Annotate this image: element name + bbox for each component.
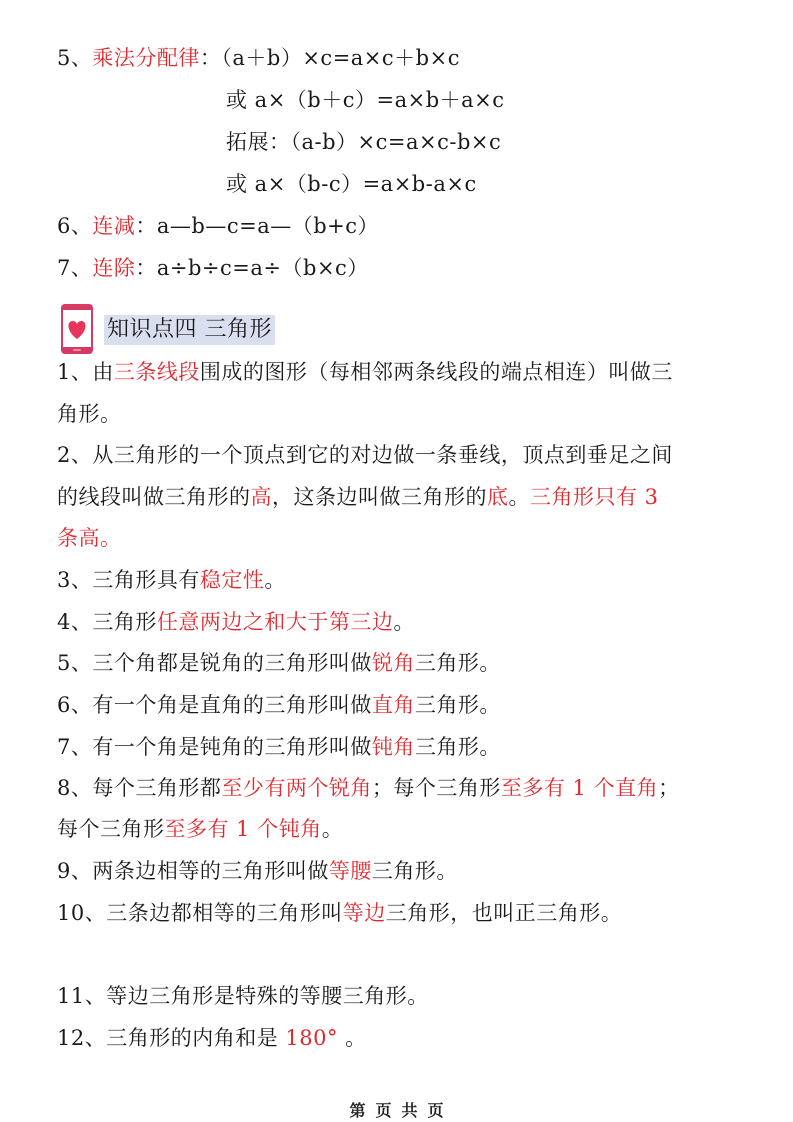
law-item-6: 6、连减：a—b—c=a—（b+c）: [57, 212, 379, 240]
highlight: 高: [251, 485, 273, 509]
law-term: 连减: [92, 214, 135, 238]
law-term: 连除: [92, 256, 135, 280]
point-8-cont: 每个三角形至多有 1 个钝角。: [57, 815, 343, 843]
footer-word: 共: [402, 1101, 418, 1120]
section-title: 知识点四 三角形: [104, 315, 275, 345]
section-heading: 知识点四 三角形: [60, 302, 275, 356]
text: 。: [338, 1026, 367, 1050]
formula: （a＋b）×c=a×c＋b×c: [221, 46, 460, 70]
point-8: 8、每个三角形都至少有两个锐角；每个三角形至多有 1 个直角；: [57, 774, 680, 802]
point-1-cont: 角形。: [57, 400, 122, 428]
point-7: 7、有一个角是钝角的三角形叫做钝角三角形。: [57, 733, 501, 761]
formula: （a-b）×c=a×c-b×c: [291, 130, 502, 154]
text: 10、三条边都相等的三角形叫: [57, 901, 343, 925]
text: 6、有一个角是直角的三角形叫做: [57, 693, 372, 717]
phone-heart-icon: [60, 303, 94, 355]
highlight: 三角形只有 3: [530, 485, 659, 509]
law-term: 乘法分配律: [92, 46, 200, 70]
text: 。: [509, 485, 531, 509]
text: 4、三角形: [57, 610, 157, 634]
colon: ：: [200, 46, 222, 70]
highlight: 至少有两个锐角: [221, 776, 372, 800]
page-footer: 第页共页: [0, 1098, 793, 1121]
highlight: 任意两边之和大于第三边: [157, 610, 394, 634]
point-5: 5、三个角都是锐角的三角形叫做锐角三角形。: [57, 649, 501, 677]
highlight: 至多有 1 个直角: [501, 776, 658, 800]
extension-label: 拓展：: [226, 130, 291, 154]
text: 每个三角形: [57, 817, 165, 841]
footer-word: 第: [349, 1101, 365, 1120]
highlight: 钝角: [372, 735, 415, 759]
highlight: 至多有 1 个钝角: [165, 817, 322, 841]
text: 。: [100, 526, 122, 550]
colon: ：: [135, 214, 157, 238]
text: 5、三个角都是锐角的三角形叫做: [57, 651, 372, 675]
text: 12、三角形的内角和是: [57, 1026, 285, 1050]
highlight: 条高: [57, 526, 100, 550]
text: 1、由: [57, 360, 114, 384]
point-1: 1、由三条线段围成的图形（每相邻两条线段的端点相连）叫做三: [57, 358, 673, 386]
text: 9、两条边相等的三角形叫做: [57, 859, 329, 883]
point-2-cont: 的线段叫做三角形的高，这条边叫做三角形的底。三角形只有 3: [57, 483, 659, 511]
item-number: 7、: [57, 256, 92, 280]
footer-word: 页: [375, 1101, 391, 1120]
highlight: 锐角: [372, 651, 415, 675]
point-10: 10、三条边都相等的三角形叫等边三角形，也叫正三角形。: [57, 899, 622, 927]
text: 的线段叫做三角形的: [57, 485, 251, 509]
text: 三角形，也叫正三角形。: [386, 901, 623, 925]
formula: a—b—c=a—（b+c）: [157, 214, 379, 238]
highlight: 180°: [285, 1026, 338, 1050]
highlight: 等腰: [329, 859, 372, 883]
law-item-5-alt-1: 或 a×（b＋c）=a×b＋a×c: [226, 86, 505, 114]
text: 。: [264, 568, 286, 592]
text: 3、三角形具有: [57, 568, 200, 592]
highlight: 直角: [372, 693, 415, 717]
colon: ：: [135, 256, 157, 280]
text: 三角形。: [415, 735, 501, 759]
text: 。: [393, 610, 415, 634]
text: 。: [322, 817, 344, 841]
point-3: 3、三角形具有稳定性。: [57, 566, 286, 594]
point-12: 12、三角形的内角和是 180° 。: [57, 1024, 367, 1052]
point-4: 4、三角形任意两边之和大于第三边。: [57, 608, 415, 636]
highlight: 三条线段: [114, 360, 200, 384]
item-number: 5、: [57, 46, 92, 70]
footer-word: 页: [428, 1101, 444, 1120]
text: 7、有一个角是钝角的三角形叫做: [57, 735, 372, 759]
text: 围成的图形（每相邻两条线段的端点相连）叫做三: [200, 360, 673, 384]
text: 8、每个三角形都: [57, 776, 221, 800]
law-item-5: 5、乘法分配律：（a＋b）×c=a×c＋b×c: [57, 44, 460, 72]
highlight: 等边: [343, 901, 386, 925]
item-number: 6、: [57, 214, 92, 238]
point-6: 6、有一个角是直角的三角形叫做直角三角形。: [57, 691, 501, 719]
text: ；: [658, 776, 680, 800]
highlight: 稳定性: [200, 568, 265, 592]
formula: a÷b÷c=a÷（b×c）: [157, 256, 369, 280]
law-item-7: 7、连除：a÷b÷c=a÷（b×c）: [57, 254, 369, 282]
text: ，这条边叫做三角形的: [272, 485, 487, 509]
text: ；每个三角形: [372, 776, 501, 800]
text: 三角形。: [415, 651, 501, 675]
text: 三角形。: [415, 693, 501, 717]
point-2-cont-2: 条高。: [57, 524, 122, 552]
text: 三角形。: [372, 859, 458, 883]
law-item-5-alt-2: 或 a×（b-c）=a×b-a×c: [226, 170, 477, 198]
highlight: 底: [487, 485, 509, 509]
law-item-5-extension: 拓展：（a-b）×c=a×c-b×c: [226, 128, 501, 156]
point-11: 11、等边三角形是特殊的等腰三角形。: [57, 982, 429, 1010]
point-2: 2、从三角形的一个顶点到它的对边做一条垂线，顶点到垂足之间: [57, 441, 673, 469]
point-9: 9、两条边相等的三角形叫做等腰三角形。: [57, 857, 458, 885]
